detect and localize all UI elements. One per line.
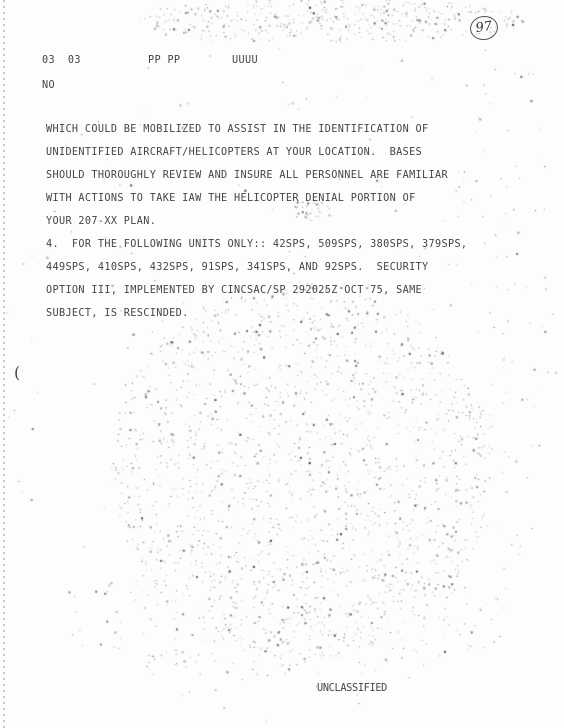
body-line: SUBJECT, IS RESCINDED.	[46, 308, 189, 319]
scan-noise	[0, 0, 564, 728]
body-line: WHICH COULD BE MOBILIZED TO ASSIST IN TH…	[46, 124, 429, 135]
margin-bracket-mark: (	[14, 363, 20, 382]
body-line: 449SPS, 410SPS, 432SPS, 91SPS, 341SPS, A…	[46, 262, 429, 273]
header-precedence: PP PP	[148, 55, 180, 66]
body-line: 4. FOR THE FOLLOWING UNITS ONLY:: 42SPS,…	[46, 239, 467, 250]
scanned-document-page: 97 03 03 PP PP UUUU NO WHICH COULD BE MO…	[0, 0, 564, 728]
body-line: YOUR 207-XX PLAN.	[46, 216, 156, 227]
header-routing-numbers: 03 03	[42, 55, 81, 66]
body-line: OPTION III, IMPLEMENTED BY CINCSAC/SP 29…	[46, 285, 422, 296]
body-line: UNIDENTIFIED AIRCRAFT/HELICOPTERS AT YOU…	[46, 147, 422, 158]
body-line: WITH ACTIONS TO TAKE IAW THE HELICOPTER …	[46, 193, 416, 204]
body-line: SHOULD THOROUGHLY REVIEW AND INSURE ALL …	[46, 170, 448, 181]
header-line-2: NO	[42, 80, 55, 91]
classification-footer: UNCLASSIFIED	[317, 683, 387, 694]
page-edge-shadow	[3, 0, 5, 728]
header-classification-code: UUUU	[232, 55, 258, 66]
